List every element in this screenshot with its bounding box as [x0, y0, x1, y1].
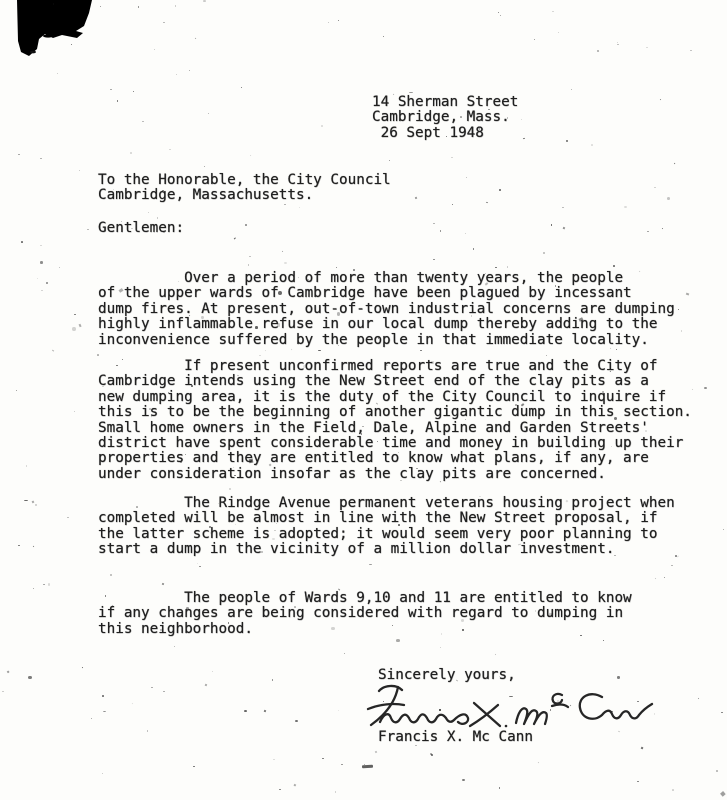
letter-page: 14 Sherman Street Cambridge, Mass. 26 Se… [0, 0, 727, 800]
scan-noise-layer [0, 0, 727, 800]
